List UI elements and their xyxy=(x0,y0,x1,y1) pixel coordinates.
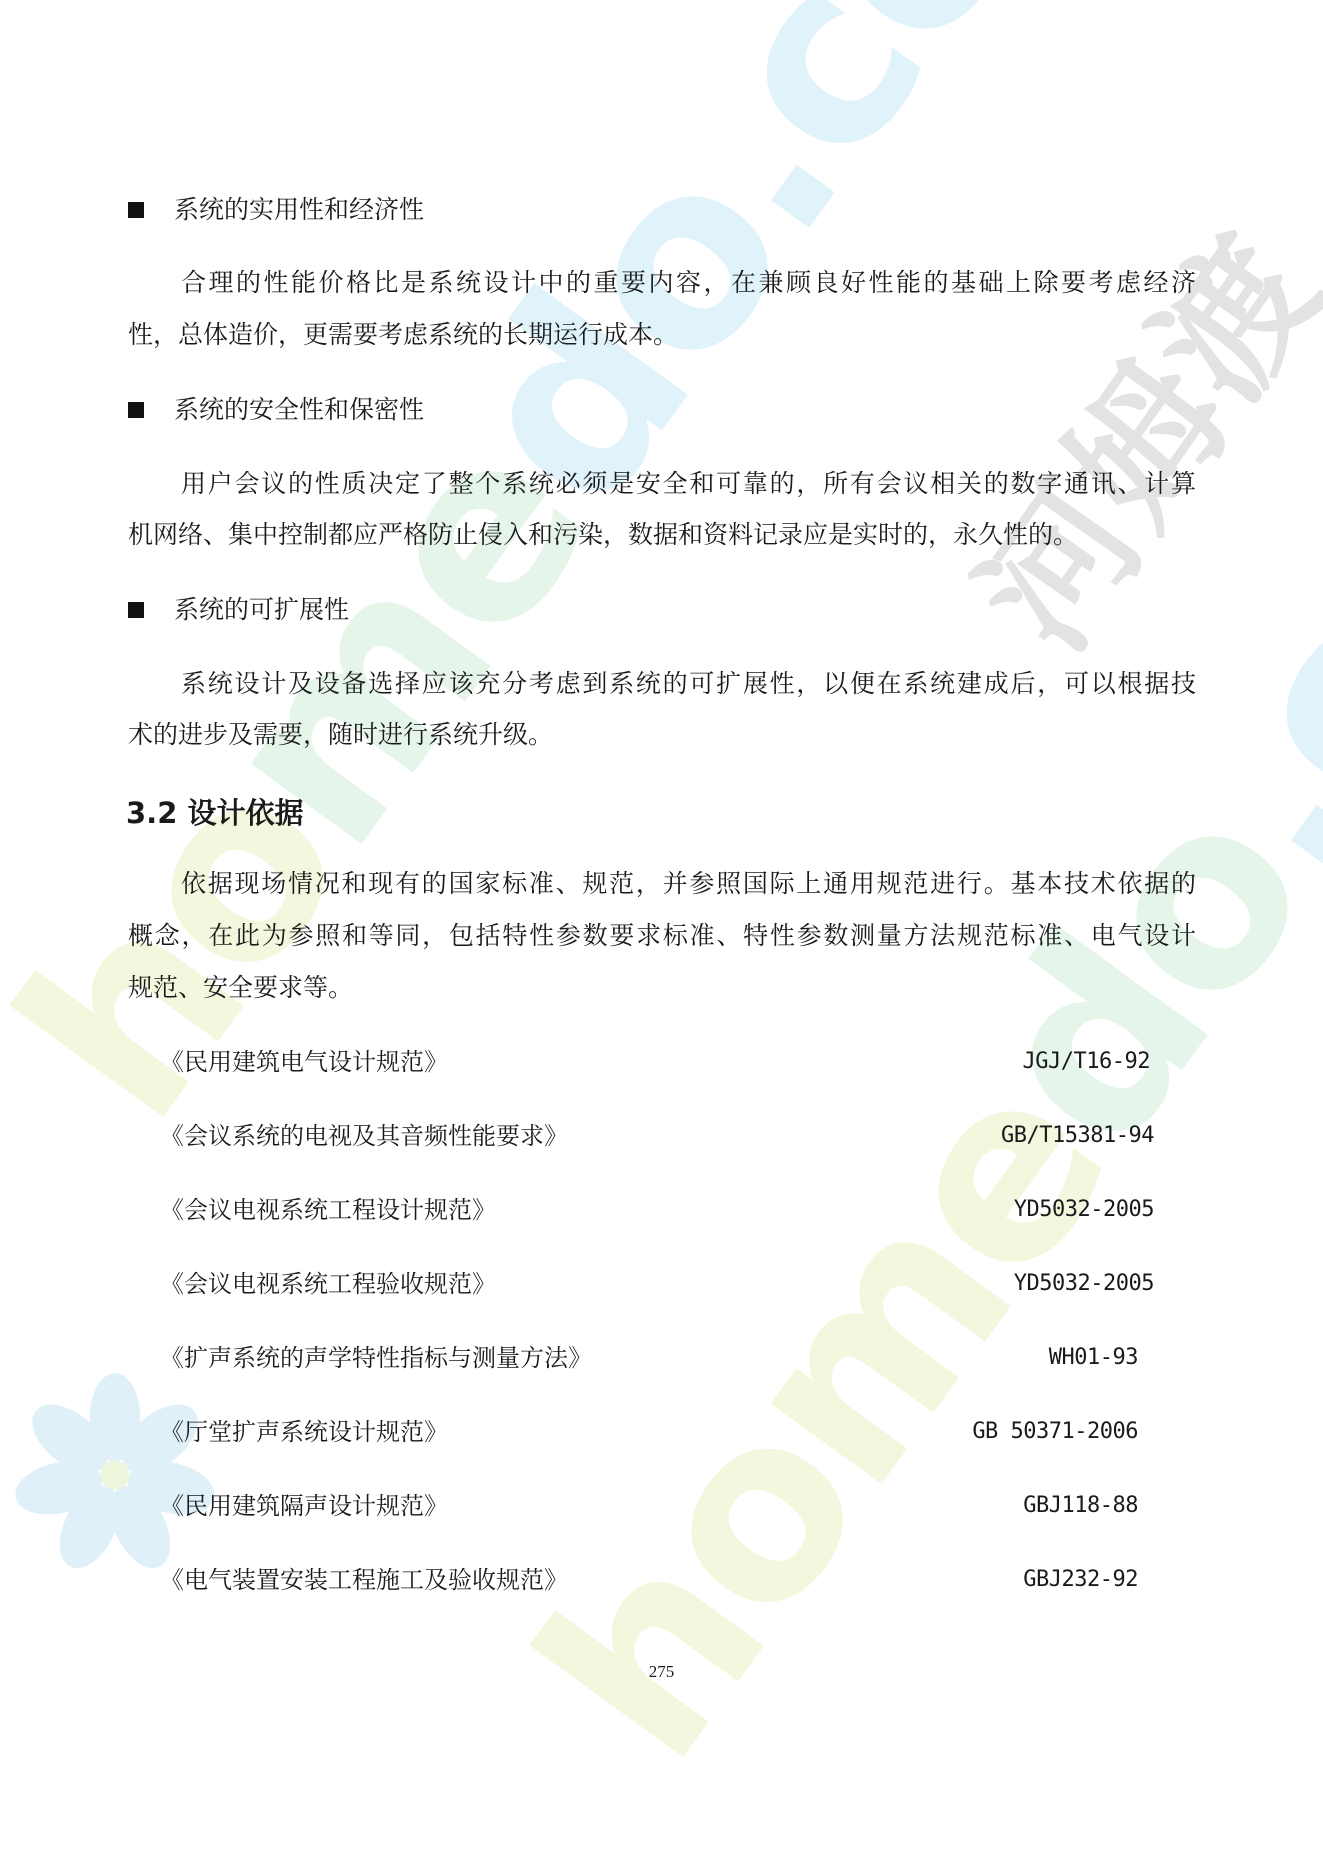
reference-code: GBJ232-92 xyxy=(1023,1564,1138,1596)
reference-title: 《扩声系统的声学特性指标与测量方法》 xyxy=(160,1342,592,1374)
reference-item: 《民用建筑电气设计规范》 JGJ/T16-92 xyxy=(160,1046,1150,1078)
reference-item: 《会议电视系统工程设计规范》 YD5032-2005 xyxy=(160,1194,1150,1226)
paragraph-line: 依据现场情况和现有的国家标准、规范，并参照国际上通用规范进行。基本技术依据的 xyxy=(181,867,1196,901)
reference-item: 《厅堂扩声系统设计规范》 GB 50371-2006 xyxy=(160,1416,1150,1448)
reference-code: YD5032-2005 xyxy=(1014,1194,1154,1226)
reference-title: 《电气装置安装工程施工及验收规范》 xyxy=(160,1564,568,1596)
page-number: 275 xyxy=(0,1662,1323,1682)
bullet-heading-security: 系统的安全性和保密性 xyxy=(128,393,424,427)
reference-title: 《会议电视系统工程验收规范》 xyxy=(160,1268,496,1300)
reference-title: 《会议系统的电视及其音频性能要求》 xyxy=(160,1120,568,1152)
bullet-heading-text: 系统的实用性和经济性 xyxy=(174,193,424,227)
reference-code: WH01-93 xyxy=(1049,1342,1138,1374)
reference-item: 《民用建筑隔声设计规范》 GBJ118-88 xyxy=(160,1490,1150,1522)
bullet-heading-practicality: 系统的实用性和经济性 xyxy=(128,193,424,227)
reference-item: 《会议系统的电视及其音频性能要求》 GB/T15381-94 xyxy=(160,1120,1150,1152)
reference-item: 《扩声系统的声学特性指标与测量方法》 WH01-93 xyxy=(160,1342,1150,1374)
paragraph-line: 规范、安全要求等。 xyxy=(128,971,1196,1005)
bullet-heading-text: 系统的安全性和保密性 xyxy=(174,393,424,427)
section-heading: 3.2 设计依据 xyxy=(126,794,303,832)
paragraph-line: 概念，在此为参照和等同，包括特性参数要求标准、特性参数测量方法规范标准、电气设计 xyxy=(128,919,1196,953)
reference-title: 《民用建筑隔声设计规范》 xyxy=(160,1490,448,1522)
bullet-heading-scalability: 系统的可扩展性 xyxy=(128,593,349,627)
reference-item: 《会议电视系统工程验收规范》 YD5032-2005 xyxy=(160,1268,1150,1300)
paragraph-line: 合理的性能价格比是系统设计中的重要内容，在兼顾良好性能的基础上除要考虑经济 xyxy=(181,266,1196,300)
reference-code: YD5032-2005 xyxy=(1014,1268,1154,1300)
paragraph-line: 术的进步及需要，随时进行系统升级。 xyxy=(128,718,1196,752)
paragraph-line: 机网络、集中控制都应严格防止侵入和污染，数据和资料记录应是实时的，永久性的。 xyxy=(128,518,1196,552)
paragraph-line: 性，总体造价，更需要考虑系统的长期运行成本。 xyxy=(128,318,1196,352)
bullet-heading-text: 系统的可扩展性 xyxy=(174,593,349,627)
square-bullet-icon xyxy=(128,602,144,618)
reference-title: 《会议电视系统工程设计规范》 xyxy=(160,1194,496,1226)
reference-title: 《民用建筑电气设计规范》 xyxy=(160,1046,448,1078)
paragraph-line: 用户会议的性质决定了整个系统必须是安全和可靠的，所有会议相关的数字通讯、计算 xyxy=(181,467,1196,501)
reference-code: JGJ/T16-92 xyxy=(1023,1046,1150,1078)
reference-code: GB/T15381-94 xyxy=(1001,1120,1154,1152)
reference-title: 《厅堂扩声系统设计规范》 xyxy=(160,1416,448,1448)
square-bullet-icon xyxy=(128,202,144,218)
reference-item: 《电气装置安装工程施工及验收规范》 GBJ232-92 xyxy=(160,1564,1150,1596)
reference-code: GBJ118-88 xyxy=(1023,1490,1138,1522)
reference-code: GB 50371-2006 xyxy=(972,1416,1138,1448)
document-page: 系统的实用性和经济性 合理的性能价格比是系统设计中的重要内容，在兼顾良好性能的基… xyxy=(0,0,1323,1871)
paragraph-line: 系统设计及设备选择应该充分考虑到系统的可扩展性，以便在系统建成后，可以根据技 xyxy=(181,667,1196,701)
square-bullet-icon xyxy=(128,402,144,418)
